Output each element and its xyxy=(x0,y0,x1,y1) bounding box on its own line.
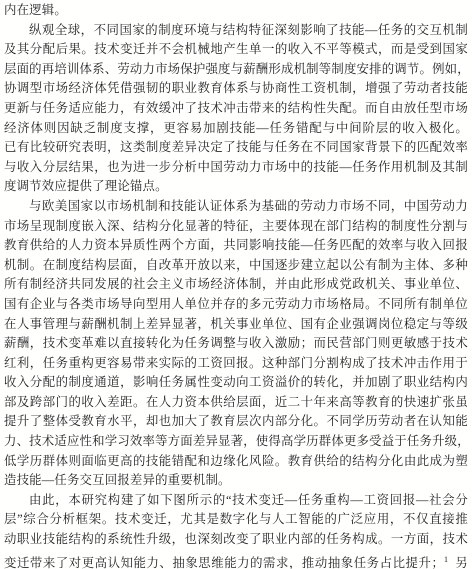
line-text: 内在逻辑。 xyxy=(4,3,67,17)
text-line: 部及跨部门的收入差距。在人力资本供给层面，近二十年来高等教育的快速扩张虽 xyxy=(4,393,468,413)
text-line: 纵观全球，不同国家的制度环境与结构特征深刻影响了技能—任务的交互机制 xyxy=(4,21,468,41)
footnote-marker: 1 xyxy=(444,555,448,564)
text-line: 层”综合分析框架。技术变迁，尤其是数字化与人工智能的广泛应用，不仅直接推 xyxy=(4,510,468,530)
line-text: 收入分配的制度通道，影响任务属性变动向工资溢价的转化，并加剧了职业结构内 xyxy=(4,375,468,389)
line-text: 与收入分层结果，也为进一步分析中国劳动力市场中的技能—任务作用机制及其制 xyxy=(4,160,468,174)
line-text: 与欧美国家以市场机制和技能认证体系为基础的劳动力市场不同，中国劳动力 xyxy=(29,199,468,213)
line-text: 薪酬，技术变革难以直接转化为任务调整与收入激励；而民营部门则更敏感于技术 xyxy=(4,336,468,350)
page-text-body: 内在逻辑。纵观全球，不同国家的制度环境与结构特征深刻影响了技能—任务的交互机制及… xyxy=(4,1,468,569)
text-line: 力、技术适应性和学习效率等方面差异显著，使得高学历群体更多受益于任务升级， xyxy=(4,432,468,452)
line-text: 动职业技能结构的系统性升级，也深刻改变了职业内部的任务构成。一方面，技术 xyxy=(4,532,468,546)
line-text: 低学历群体则面临更高的技能错配和边缘化风险。教育供给的结构分化由此成为塑 xyxy=(4,454,468,468)
paragraph: 内在逻辑。 xyxy=(4,1,468,21)
line-text: 层”综合分析框架。技术变迁，尤其是数字化与人工智能的广泛应用，不仅直接推 xyxy=(4,512,468,526)
line-text: 造技能—任务交互回报差异的重要机制。 xyxy=(4,473,231,487)
text-line: 收入分配的制度通道，影响任务属性变动向工资溢价的转化，并加剧了职业结构内 xyxy=(4,373,468,393)
line-text: 已有比较研究表明，这类制度差异决定了技能与任务在不同国家背景下的匹配效率 xyxy=(4,140,468,154)
text-line: 薪酬，技术变革难以直接转化为任务调整与收入激励；而民营部门则更敏感于技术 xyxy=(4,334,468,354)
line-text: 纵观全球，不同国家的制度环境与结构特征深刻影响了技能—任务的交互机制 xyxy=(29,23,468,37)
line-text: 所有制经济共同发展的社会主义市场经济体制，并由此形成党政机关、事业单位、 xyxy=(4,277,468,291)
text-line: 内在逻辑。 xyxy=(4,1,468,21)
line-text: 协调型市场经济体凭借强韧的职业教育体系与协商性工资机制，增强了劳动者技能 xyxy=(4,81,468,95)
text-line: 市场呈现制度嵌入深、结构分化显著的特征，主要体现在部门结构的制度性分割与 xyxy=(4,217,468,237)
text-line: 造技能—任务交互回报差异的重要机制。 xyxy=(4,471,468,491)
paragraph: 纵观全球，不同国家的制度环境与结构特征深刻影响了技能—任务的交互机制及其分配后果… xyxy=(4,21,468,197)
text-line: 变迁带来了对更高认知能力、抽象思维能力的需求，推动抽象任务占比提升；1另 xyxy=(4,550,468,569)
text-line: 提升了整体受教育水平，却也加大了教育层次内部分化。不同学历劳动者在认知能 xyxy=(4,412,468,432)
paragraph: 由此，本研究构建了如下图所示的“技术变迁—任务重构—工资回报—社会分层”综合分析… xyxy=(4,491,468,569)
text-line: 国有企业与各类市场导向型用人单位并存的多元劳动力市场格局。不同所有制单位 xyxy=(4,295,468,315)
line-text: 市场呈现制度嵌入深、结构分化显著的特征，主要体现在部门结构的制度性分割与 xyxy=(4,219,468,233)
line-text: 提升了整体受教育水平，却也加大了教育层次内部分化。不同学历劳动者在认知能 xyxy=(4,414,468,428)
text-line: 经济体则因缺乏制度支撑，更容易加剧技能—任务错配与中间阶层的收入极化。 xyxy=(4,119,468,139)
text-line: 与欧美国家以市场机制和技能认证体系为基础的劳动力市场不同，中国劳动力 xyxy=(4,197,468,217)
line-text: 由此，本研究构建了如下图所示的“技术变迁—任务重构—工资回报—社会分 xyxy=(29,493,468,507)
line-text: 国有企业与各类市场导向型用人单位并存的多元劳动力市场格局。不同所有制单位 xyxy=(4,297,468,311)
text-line: 所有制经济共同发展的社会主义市场经济体制，并由此形成党政机关、事业单位、 xyxy=(4,275,468,295)
text-line: 已有比较研究表明，这类制度差异决定了技能与任务在不同国家背景下的匹配效率 xyxy=(4,138,468,158)
text-line: 由此，本研究构建了如下图所示的“技术变迁—任务重构—工资回报—社会分 xyxy=(4,491,468,511)
text-line: 在人事管理与薪酬机制上差异显著，机关事业单位、国有企业强调岗位稳定与等级 xyxy=(4,315,468,335)
line-text: 及其分配后果。技术变迁并不会机械地产生单一的收入不平等模式，而是受到国家 xyxy=(4,42,468,56)
text-line: 更新与任务适应能力，有效缓冲了技术冲击带来的结构性失配。而自由放任型市场 xyxy=(4,99,468,119)
text-line: 层面的再培训体系、劳动力市场保护强度与薪酬形成机制等制度安排的调节。例如， xyxy=(4,60,468,80)
line-text: 经济体则因缺乏制度支撑，更容易加剧技能—任务错配与中间阶层的收入极化。 xyxy=(4,121,468,135)
line-text: 力、技术适应性和学习效率等方面差异显著，使得高学历群体更多受益于任务升级， xyxy=(4,434,468,448)
line-text: 变迁带来了对更高认知能力、抽象思维能力的需求，推动抽象任务占比提升； xyxy=(4,556,444,569)
text-line: 及其分配后果。技术变迁并不会机械地产生单一的收入不平等模式，而是受到国家 xyxy=(4,40,468,60)
line-text: 层面的再培训体系、劳动力市场保护强度与薪酬形成机制等制度安排的调节。例如， xyxy=(4,62,468,76)
text-line: 与收入分层结果，也为进一步分析中国劳动力市场中的技能—任务作用机制及其制 xyxy=(4,158,468,178)
text-line: 动职业技能结构的系统性升级，也深刻改变了职业内部的任务构成。一方面，技术 xyxy=(4,530,468,550)
paragraph: 与欧美国家以市场机制和技能认证体系为基础的劳动力市场不同，中国劳动力市场呈现制度… xyxy=(4,197,468,491)
line-text: 部及跨部门的收入差距。在人力资本供给层面，近二十年来高等教育的快速扩张虽 xyxy=(4,395,468,409)
line-text: 教育供给的人力资本异质性两个方面，共同影响技能—任务匹配的效率与收入回报 xyxy=(4,238,468,252)
line-text: 度调节效应提供了理论锚点。 xyxy=(4,179,168,193)
text-line: 度调节效应提供了理论锚点。 xyxy=(4,177,468,197)
text-line: 红利，任务重构更容易带来实际的工资回报。这种部门分割构成了技术冲击作用于 xyxy=(4,354,468,374)
line-text: 红利，任务重构更容易带来实际的工资回报。这种部门分割构成了技术冲击作用于 xyxy=(4,356,468,370)
line-text-after-footnote: 另 xyxy=(455,556,468,569)
text-line: 低学历群体则面临更高的技能错配和边缘化风险。教育供给的结构分化由此成为塑 xyxy=(4,452,468,472)
paper-page: 内在逻辑。纵观全球，不同国家的制度环境与结构特征深刻影响了技能—任务的交互机制及… xyxy=(0,0,472,569)
line-text: 机制。在制度结构层面，自改革开放以来，中国逐步建立起以公有制为主体、多种 xyxy=(4,258,468,272)
text-line: 教育供给的人力资本异质性两个方面，共同影响技能—任务匹配的效率与收入回报 xyxy=(4,236,468,256)
line-text: 在人事管理与薪酬机制上差异显著，机关事业单位、国有企业强调岗位稳定与等级 xyxy=(4,317,468,331)
text-line: 机制。在制度结构层面，自改革开放以来，中国逐步建立起以公有制为主体、多种 xyxy=(4,256,468,276)
line-text: 更新与任务适应能力，有效缓冲了技术冲击带来的结构性失配。而自由放任型市场 xyxy=(4,101,468,115)
text-line: 协调型市场经济体凭借强韧的职业教育体系与协商性工资机制，增强了劳动者技能 xyxy=(4,79,468,99)
